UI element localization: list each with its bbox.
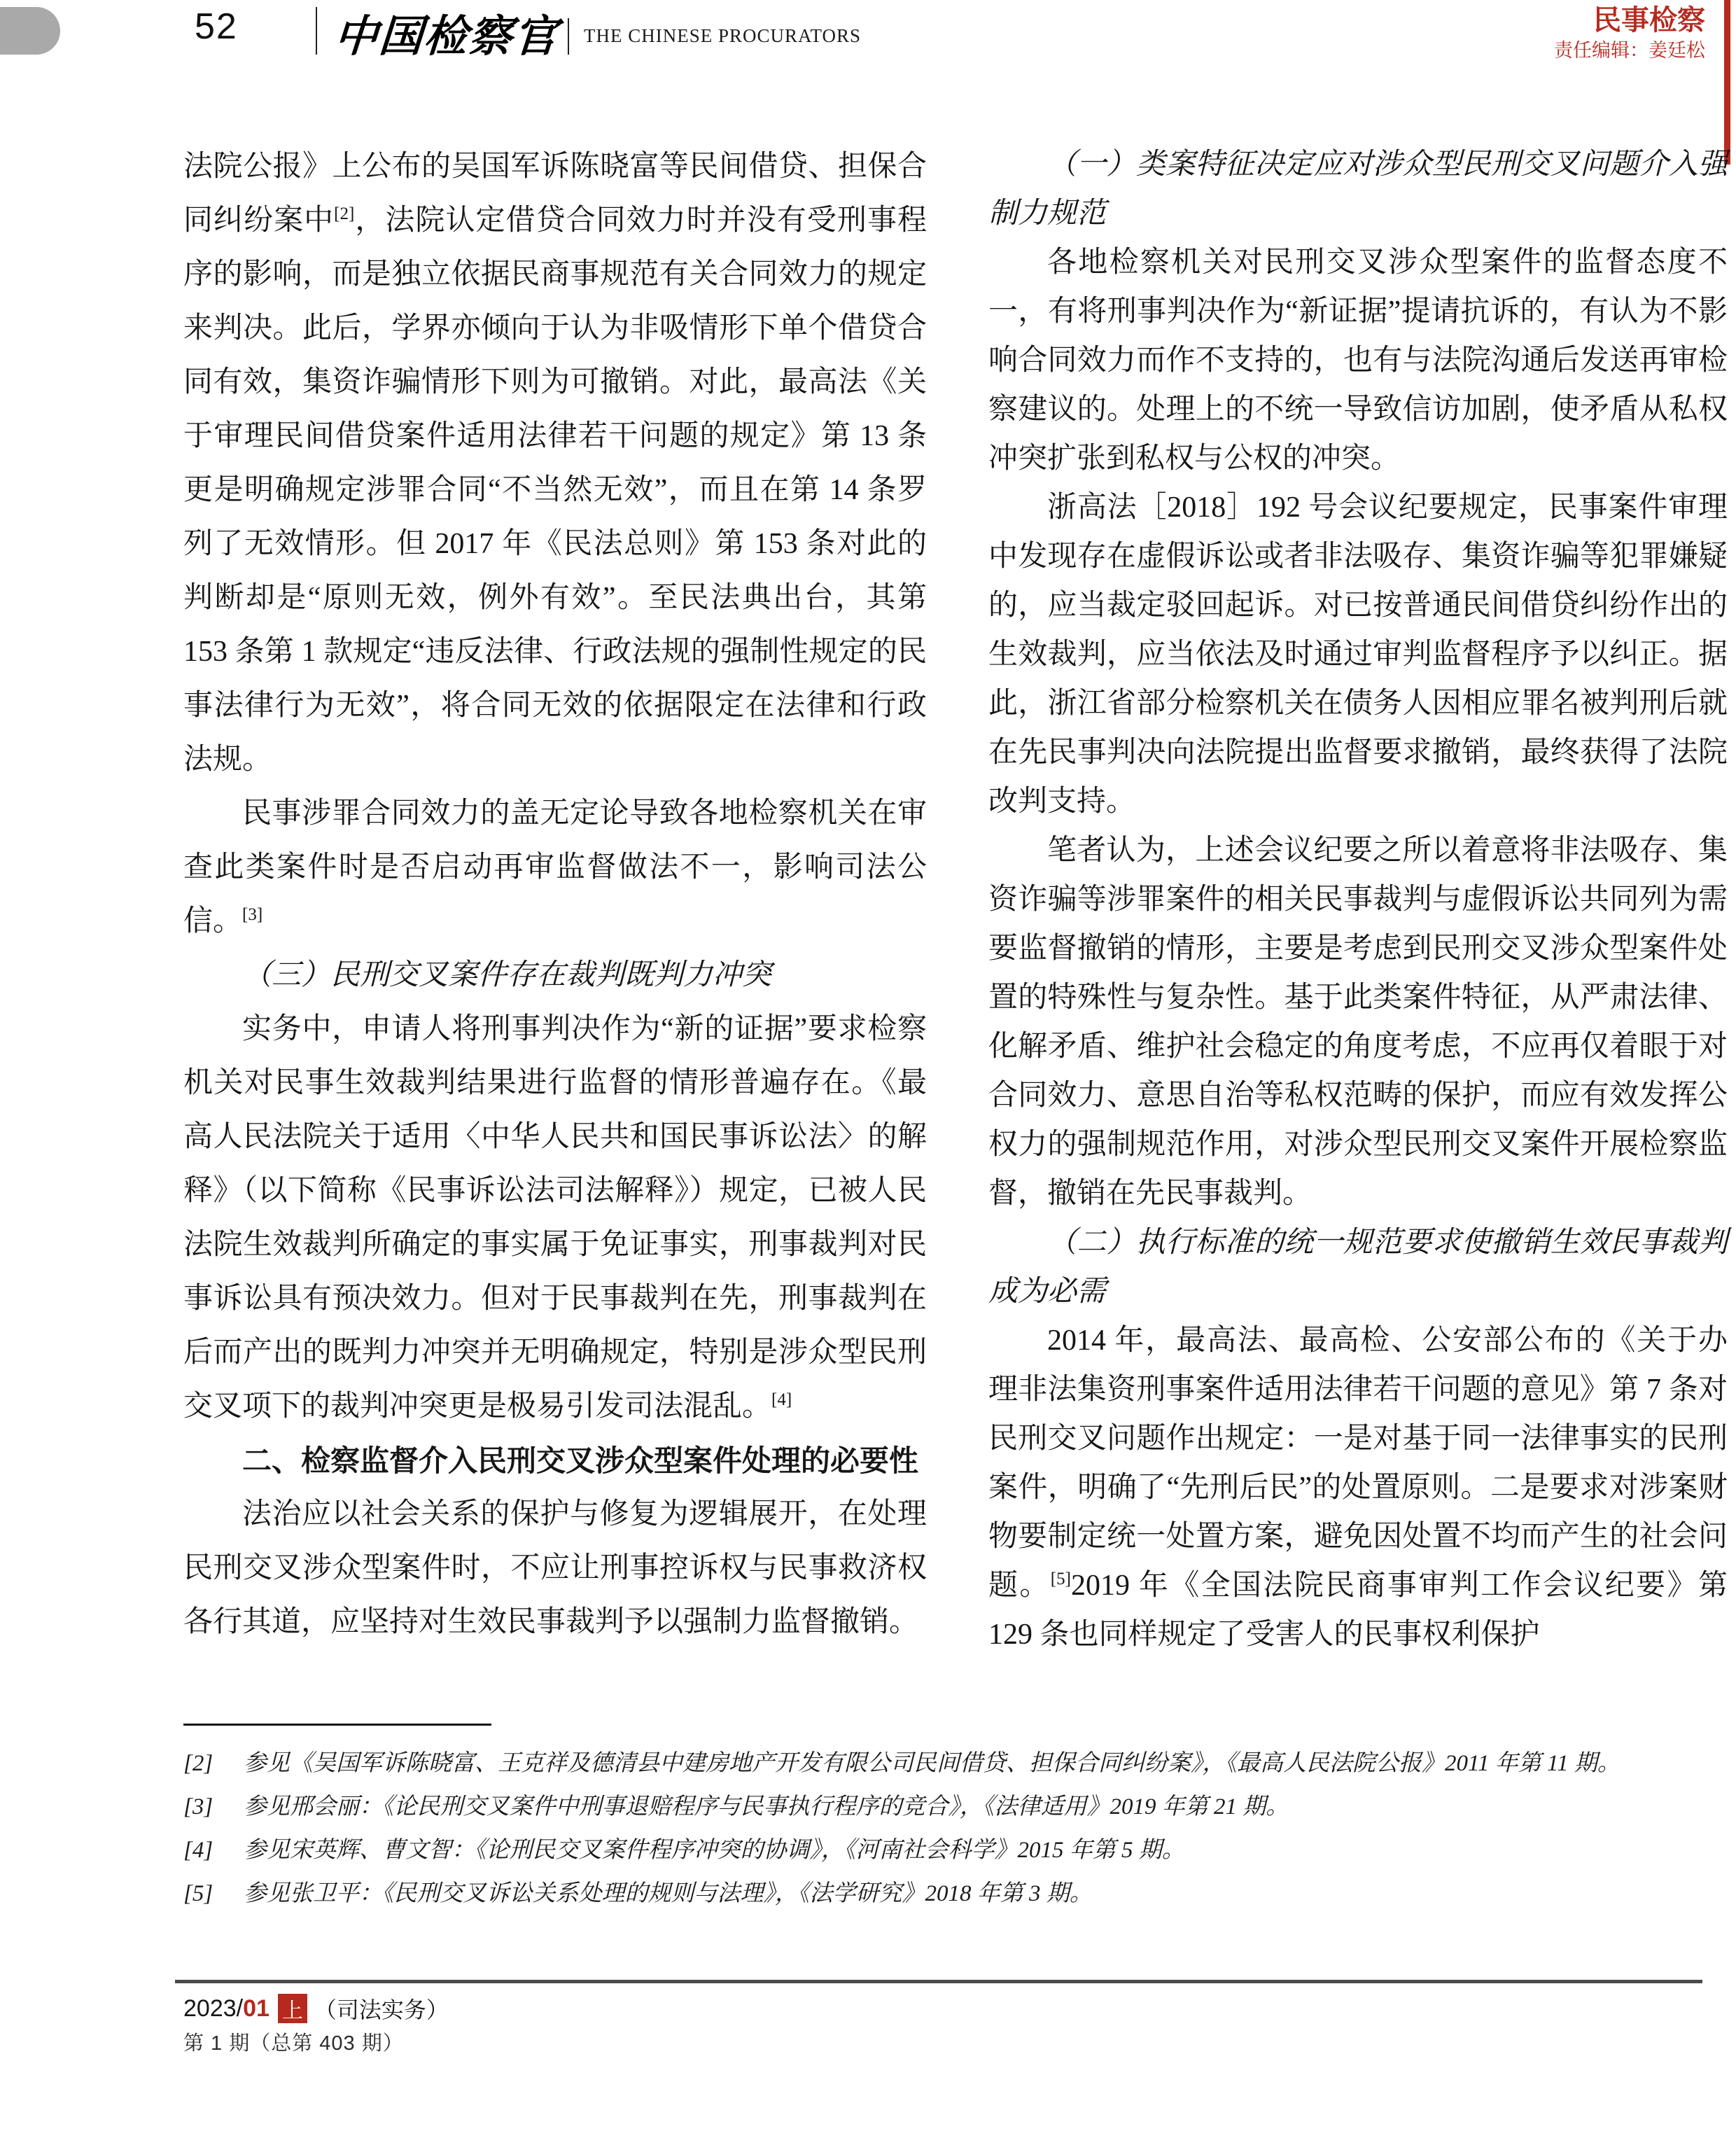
footnote-ref: [2] (334, 204, 354, 223)
section-title: 民事检察 (1554, 4, 1705, 36)
footnote: [3]参见邢会丽：《论民刑交叉案件中刑事退赔程序与民事执行程序的竞合》，《法律适… (183, 1785, 1702, 1829)
footer-section-note: （司法实务） (314, 1992, 449, 2025)
footnote-ref: [4] (771, 1390, 792, 1409)
paragraph: 各地检察机关对民刑交叉涉众型案件的监督态度不一，有将刑事判决作为“新证据”提请抗… (988, 238, 1728, 483)
footer-volume-line: 第 1 期（总第 403 期） (183, 2027, 404, 2056)
article-column-right: （一）类案特征决定应对涉众型民刑交叉问题介入强制力规范各地检察机关对民刑交叉涉众… (988, 140, 1728, 1659)
footnote-text: 参见宋英辉、曹文智：《论刑民交叉案件程序冲突的协调》，《河南社会科学》2015 … (244, 1829, 1702, 1872)
footer-issue-line: 2023/01上（司法实务） (183, 1992, 449, 2025)
header-divider (316, 7, 317, 55)
footer-rule (175, 1980, 1702, 1983)
footnote-list: [2]参见《吴国军诉陈晓富、王克祥及德清县中建房地产开发有限公司民间借贷、担保合… (183, 1742, 1702, 1915)
footnote: [5]参见张卫平：《民刑交叉诉讼关系处理的规则与法理》，《法学研究》2018 年… (183, 1872, 1702, 1915)
footnote-text: 参见《吴国军诉陈晓富、王克祥及德清县中建房地产开发有限公司民间借贷、担保合同纠纷… (244, 1742, 1702, 1785)
editor-line: 责任编辑：姜廷松 (1554, 36, 1705, 64)
footnote-label: [5] (183, 1872, 244, 1915)
paragraph: 民事涉罪合同效力的盖无定论导致各地检察机关在审查此类案件时是否启动再审监督做法不… (183, 787, 927, 949)
footnote-text: 参见邢会丽：《论民刑交叉案件中刑事退赔程序与民事执行程序的竞合》，《法律适用》2… (244, 1785, 1702, 1829)
section-block: 民事检察 责任编辑：姜廷松 (1554, 4, 1705, 64)
heading: （二）执行标准的统一规范要求使撤销生效民事裁判成为必需 (988, 1218, 1728, 1316)
paragraph: 浙高法［2018］192 号会议纪要规定，民事案件审理中发现存在虚假诉讼或者非法… (988, 483, 1728, 826)
footnote-label: [4] (183, 1829, 244, 1872)
paragraph: 法院公报》上公布的吴国军诉陈晓富等民间借贷、担保合同纠纷案中[2]，法院认定借贷… (183, 140, 927, 787)
header-divider (568, 18, 569, 55)
footer-year: 2023/ (183, 1995, 243, 2022)
footnote: [4]参见宋英辉、曹文智：《论刑民交叉案件程序冲突的协调》，《河南社会科学》20… (183, 1829, 1702, 1872)
footnote-ref: [3] (242, 905, 262, 924)
paragraph: 笔者认为，上述会议纪要之所以着意将非法吸存、集资诈骗等涉罪案件的相关民事裁判与虚… (988, 826, 1728, 1218)
paragraph: 法治应以社会关系的保护与修复为逻辑展开，在处理民刑交叉涉众型案件时，不应让刑事控… (183, 1488, 927, 1649)
footnote-ref: [5] (1051, 1570, 1071, 1588)
paragraph: 2014 年，最高法、最高检、公安部公布的《关于办理非法集资刑事案件适用法律若干… (988, 1316, 1728, 1659)
article-column-left: 法院公报》上公布的吴国军诉陈晓富等民间借贷、担保合同纠纷案中[2]，法院认定借贷… (183, 140, 927, 1649)
page-number: 52 (195, 6, 238, 48)
heading: 二、检察监督介入民刑交叉涉众型案件处理的必要性 (183, 1434, 927, 1488)
footnote-label: [3] (183, 1785, 244, 1829)
footer-issue-tag: 上 (278, 1994, 307, 2023)
journal-page: 52 中国检察官 THE CHINESE PROCURATORS 民事检察 责任… (0, 0, 1736, 2138)
journal-name-english: THE CHINESE PROCURATORS (584, 25, 861, 47)
heading: （三）民刑交叉案件存在裁判既判力冲突 (183, 949, 927, 1002)
footnote: [2]参见《吴国军诉陈晓富、王克祥及德清县中建房地产开发有限公司民间借贷、担保合… (183, 1742, 1702, 1785)
page-corner-tab (0, 7, 60, 55)
paragraph: 实务中，申请人将刑事判决作为“新的证据”要求检察机关对民事生效裁判结果进行监督的… (183, 1002, 927, 1434)
heading: （一）类案特征决定应对涉众型民刑交叉问题介入强制力规范 (988, 140, 1728, 238)
footnote-text: 参见张卫平：《民刑交叉诉讼关系处理的规则与法理》，《法学研究》2018 年第 3… (244, 1872, 1702, 1915)
journal-logo: 中国检察官 (332, 1, 568, 64)
footer-issue-number: 01 (243, 1995, 269, 2022)
footnote-label: [2] (183, 1742, 244, 1785)
footnote-rule (183, 1724, 491, 1726)
